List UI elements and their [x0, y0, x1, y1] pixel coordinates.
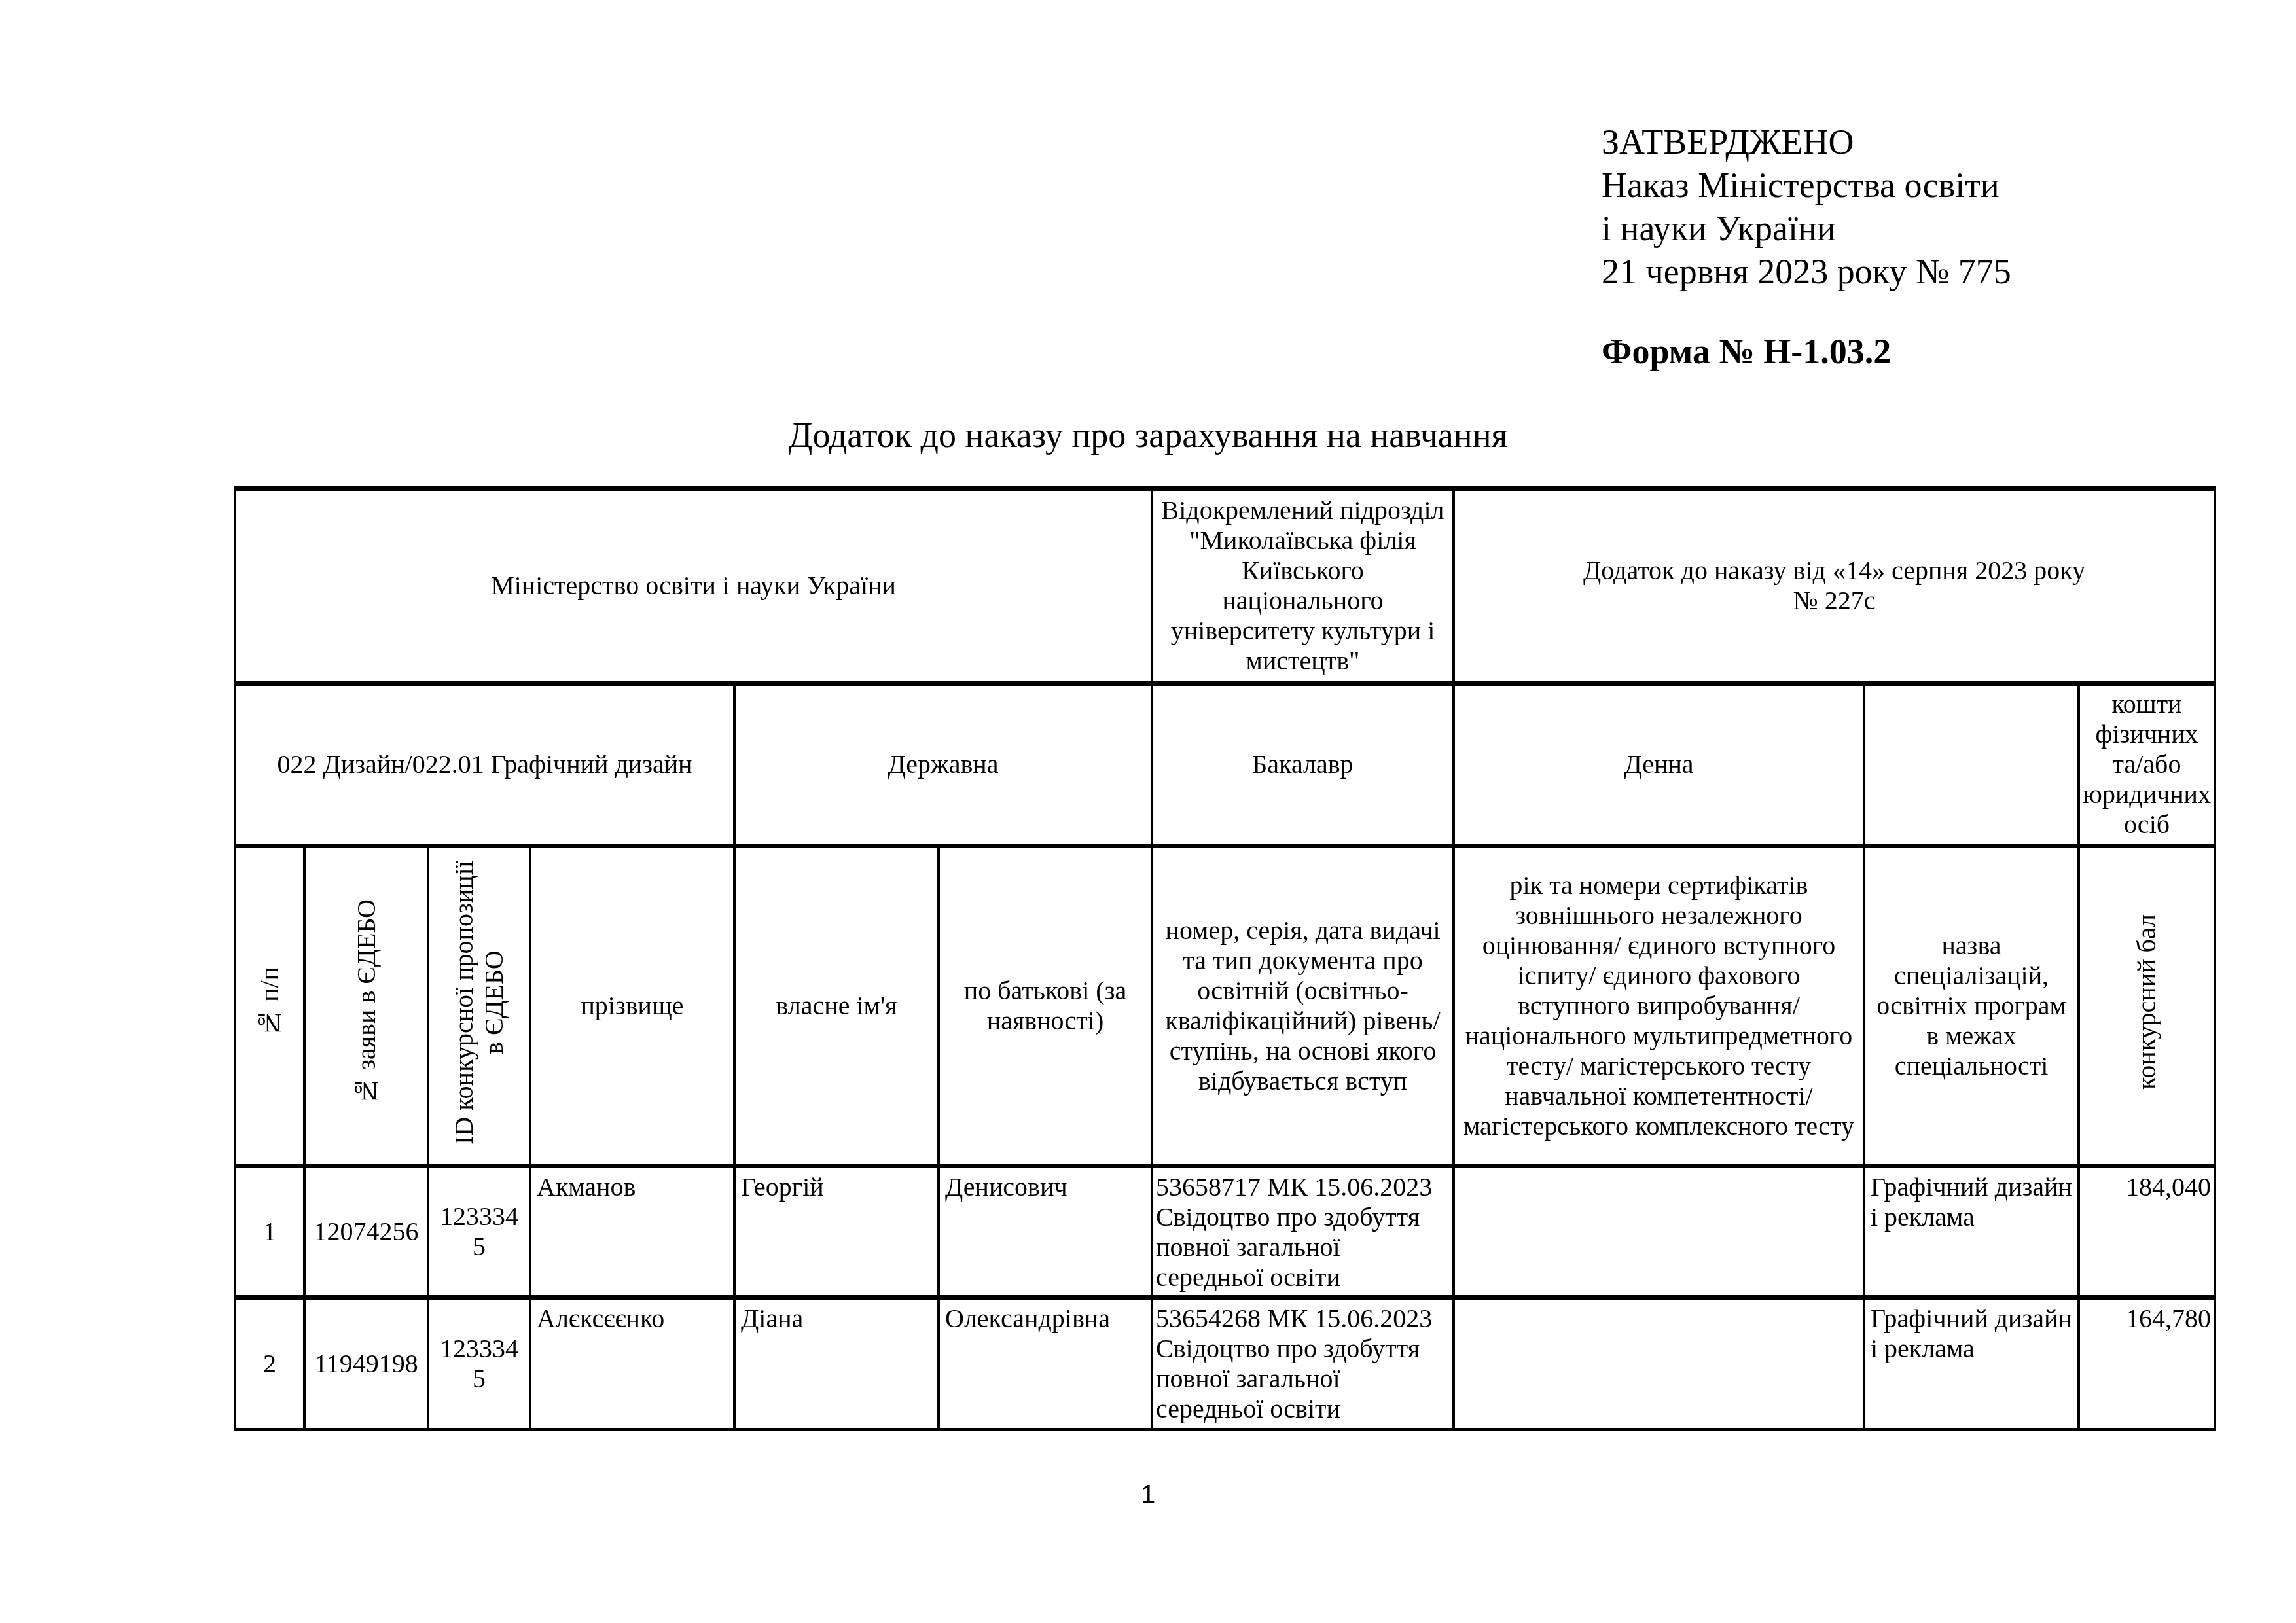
row-surname: Акманов — [530, 1166, 734, 1297]
degree-cell: Бакалавр — [1152, 683, 1454, 846]
col-header-application-no: № заяви в ЄДЕБО — [304, 846, 428, 1166]
approval-heading: ЗАТВЕРДЖЕНО — [1602, 120, 2011, 164]
row-patronymic: Денисович — [939, 1166, 1152, 1297]
page-number: 1 — [0, 1480, 2296, 1510]
form-number: Форма № Н-1.03.2 — [1602, 331, 1891, 372]
column-header-row: № п/п № заяви в ЄДЕБО ID конкурсної проп… — [235, 846, 2215, 1166]
institution-cell: Відокремлений підрозділ "Миколаївська фі… — [1152, 488, 1454, 683]
col-header-specialization: назва спеціалізацій, освітніх програм в … — [1864, 846, 2079, 1166]
table-row: 1 12074256 1233345 Акманов Георгій Денис… — [235, 1166, 2215, 1297]
enrollment-table: Міністерство освіти і науки України Відо… — [234, 486, 2216, 1431]
row-specialization: Графічний дизайн і реклама — [1864, 1297, 2079, 1429]
col-header-surname: прізвище — [530, 846, 734, 1166]
row-application-no: 11949198 — [304, 1297, 428, 1429]
document-title: Додаток до наказу про зарахування на нав… — [0, 415, 2296, 455]
row-score: 164,780 — [2079, 1297, 2215, 1429]
specialty-cell: 022 Дизайн/022.01 Графічний дизайн — [235, 683, 734, 846]
row-surname: Алєксєєнко — [530, 1297, 734, 1429]
row-application-no: 12074256 — [304, 1166, 428, 1297]
payment-source-cell: кошти фізичних та/або юридичних осіб — [2079, 683, 2215, 846]
study-form-cell: Денна — [1454, 683, 1864, 846]
row-certificates — [1454, 1166, 1864, 1297]
row-offer-id: 1233345 — [428, 1166, 530, 1297]
empty-cell — [1864, 683, 2079, 846]
approval-date-line: 21 червня 2023 року № 775 — [1602, 250, 2011, 293]
table-row: 2 11949198 1233345 Алєксєєнко Діана Олек… — [235, 1297, 2215, 1429]
row-offer-id: 1233345 — [428, 1297, 530, 1429]
row-education-doc: 53658717 МК 15.06.2023 Свідоцтво про здо… — [1152, 1166, 1454, 1297]
row-patronymic: Олександрівна — [939, 1297, 1152, 1429]
ministry-cell: Міністерство освіти і науки України — [235, 488, 1152, 683]
row-score: 184,040 — [2079, 1166, 2215, 1297]
row-specialization: Графічний дизайн і реклама — [1864, 1166, 2079, 1297]
order-reference-number: № 227с — [1460, 586, 2208, 616]
header-row-program: 022 Дизайн/022.01 Графічний дизайн Держа… — [235, 683, 2215, 846]
row-certificates — [1454, 1297, 1864, 1429]
row-education-doc: 53654268 МК 15.06.2023 Свідоцтво про здо… — [1152, 1297, 1454, 1429]
col-header-certificates: рік та номери сертифікатів зовнішнього н… — [1454, 846, 1864, 1166]
order-reference-date: Додаток до наказу від «14» серпня 2023 р… — [1460, 556, 2208, 586]
row-first-name: Георгій — [734, 1166, 939, 1297]
row-num: 1 — [235, 1166, 304, 1297]
col-header-patronymic: по батькові (за наявності) — [939, 846, 1152, 1166]
col-header-offer-id: ID конкурсної пропозиції в ЄДЕБО — [428, 846, 530, 1166]
row-num: 2 — [235, 1297, 304, 1429]
col-header-num: № п/п — [235, 846, 304, 1166]
approval-order-line: Наказ Міністерства освіти — [1602, 164, 2011, 207]
row-first-name: Діана — [734, 1297, 939, 1429]
order-reference-cell: Додаток до наказу від «14» серпня 2023 р… — [1454, 488, 2215, 683]
funding-cell: Державна — [734, 683, 1152, 846]
col-header-first-name: власне ім'я — [734, 846, 939, 1166]
col-header-score: конкурсний бал — [2079, 846, 2215, 1166]
col-header-education-doc: номер, серія, дата видачі та тип докумен… — [1152, 846, 1454, 1166]
approval-stamp: ЗАТВЕРДЖЕНО Наказ Міністерства освіти і … — [1602, 120, 2011, 293]
approval-ministry-line: і науки України — [1602, 207, 2011, 250]
header-row-institution: Міністерство освіти і науки України Відо… — [235, 488, 2215, 683]
